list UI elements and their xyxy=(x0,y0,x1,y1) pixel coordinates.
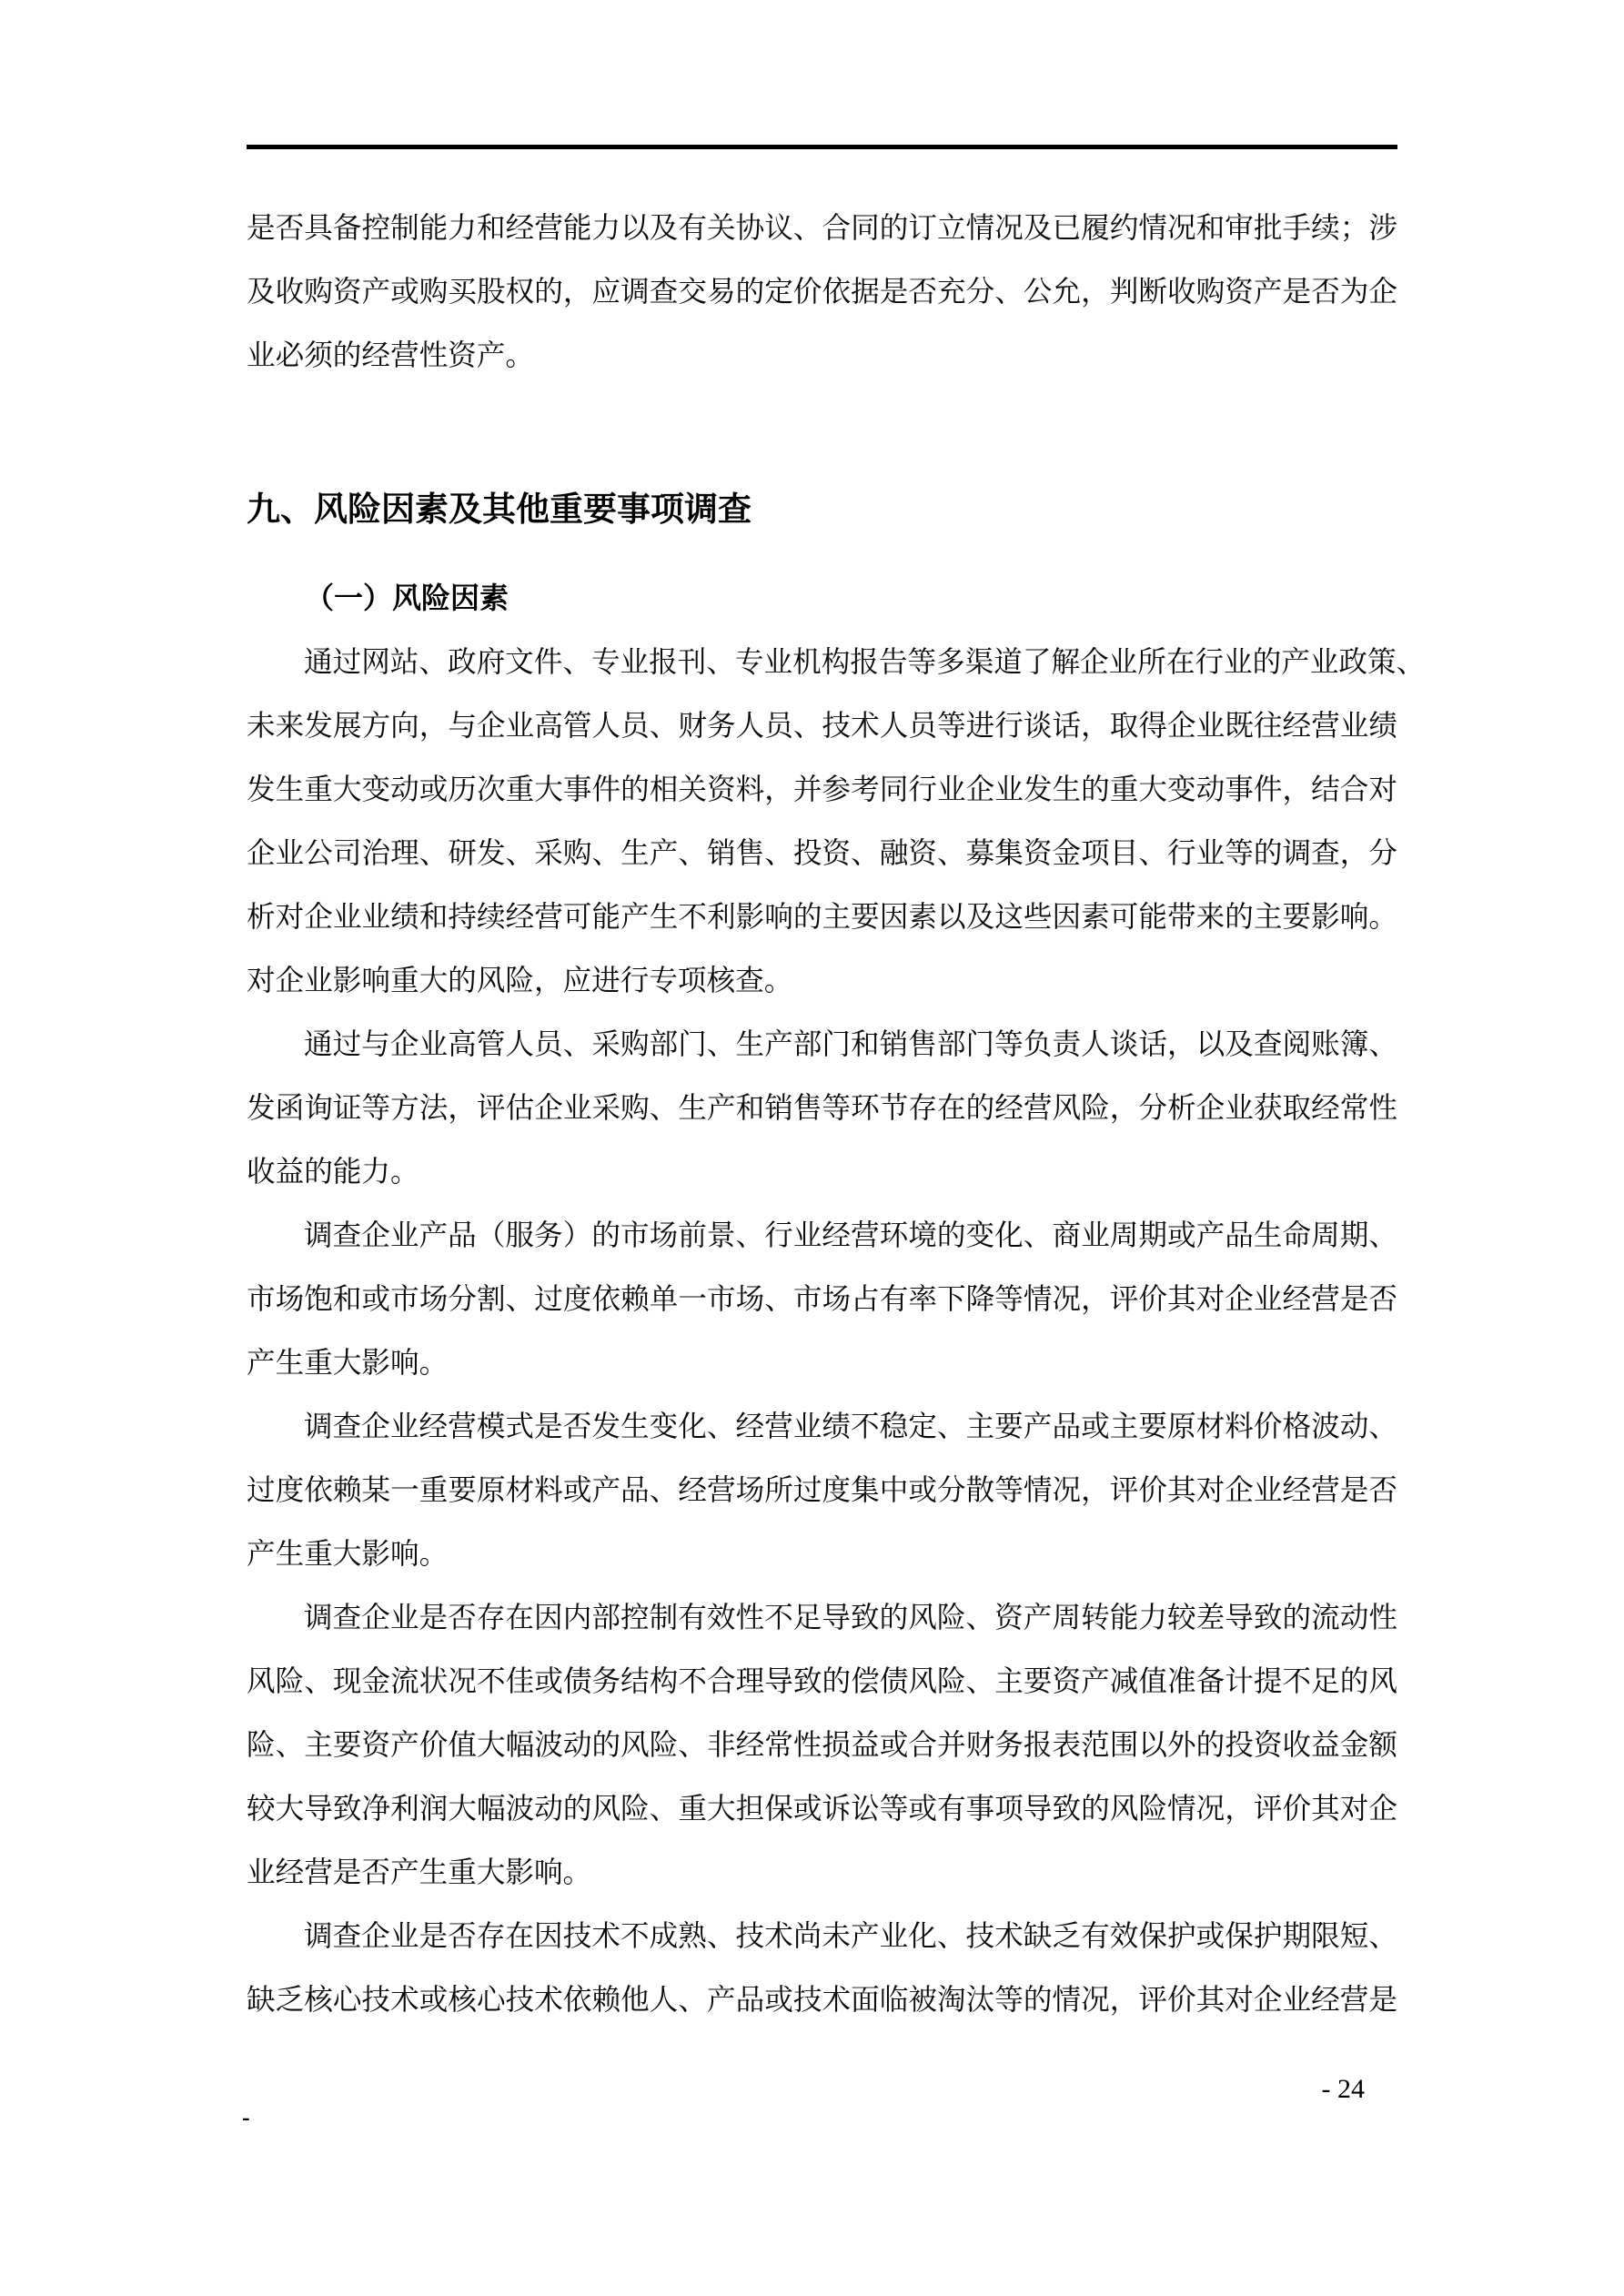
paragraph: 调查企业是否存在因技术不成熟、技术尚未产业化、技术缺乏有效保护或保护期限短、缺乏… xyxy=(247,1905,1397,2032)
text-line: 产生重大影响。 xyxy=(247,1522,1397,1586)
text-line: 调查企业经营模式是否发生变化、经营业绩不稳定、主要产品或主要原材料价格波动、 xyxy=(247,1395,1397,1459)
paragraph: 调查企业是否存在因内部控制有效性不足导致的风险、资产周转能力较差导致的流动性风险… xyxy=(247,1586,1397,1905)
text-line: 市场饱和或市场分割、过度依赖单一市场、市场占有率下降等情况，评价其对企业经营是否 xyxy=(247,1268,1397,1331)
text-line: 过度依赖某一重要原材料或产品、经营场所过度集中或分散等情况，评价其对企业经营是否 xyxy=(247,1459,1397,1522)
paragraph: 通过与企业高管人员、采购部门、生产部门和销售部门等负责人谈话，以及查阅账簿、发函… xyxy=(247,1013,1397,1204)
intro-paragraph: 是否具备控制能力和经营能力以及有关协议、合同的订立情况及已履约情况和审批手续；涉… xyxy=(247,197,1397,388)
text-line: 发生重大变动或历次重大事件的相关资料，并参考同行业企业发生的重大变动事件，结合对 xyxy=(247,758,1397,822)
text-line: 调查企业产品（服务）的市场前景、行业经营环境的变化、商业周期或产品生命周期、 xyxy=(247,1204,1397,1268)
text-line: 是否具备控制能力和经营能力以及有关协议、合同的订立情况及已履约情况和审批手续；涉 xyxy=(247,197,1397,260)
text-line: 发函询证等方法，评估企业采购、生产和销售等环节存在的经营风险，分析企业获取经常性 xyxy=(247,1077,1397,1140)
text-line: 企业公司治理、研发、采购、生产、销售、投资、融资、募集资金项目、行业等的调查，分 xyxy=(247,822,1397,885)
text-line: 对企业影响重大的风险，应进行专项核查。 xyxy=(247,949,1397,1013)
text-line: 及收购资产或购买股权的，应调查交易的定价依据是否充分、公允，判断收购资产是否为企 xyxy=(247,260,1397,324)
text-line: 未来发展方向，与企业高管人员、财务人员、技术人员等进行谈话，取得企业既往经营业绩 xyxy=(247,694,1397,758)
text-line: 通过网站、政府文件、专业报刊、专业机构报告等多渠道了解企业所在行业的产业政策、 xyxy=(247,631,1397,694)
paragraph: 调查企业产品（服务）的市场前景、行业经营环境的变化、商业周期或产品生命周期、市场… xyxy=(247,1204,1397,1395)
header-rule xyxy=(247,145,1397,149)
footer-corner-mark: - xyxy=(242,2106,250,2129)
text-line: 收益的能力。 xyxy=(247,1140,1397,1204)
section-heading: 九、风险因素及其他重要事项调查 xyxy=(247,484,1397,535)
paragraph: 通过网站、政府文件、专业报刊、专业机构报告等多渠道了解企业所在行业的产业政策、未… xyxy=(247,631,1397,1013)
document-page: 是否具备控制能力和经营能力以及有关协议、合同的订立情况及已履约情况和审批手续；涉… xyxy=(0,0,1624,2296)
text-line: 业必须的经营性资产。 xyxy=(247,324,1397,388)
subsection-heading: （一）风险因素 xyxy=(247,577,1456,619)
paragraph: 调查企业经营模式是否发生变化、经营业绩不稳定、主要产品或主要原材料价格波动、过度… xyxy=(247,1395,1397,1586)
text-line: 调查企业是否存在因内部控制有效性不足导致的风险、资产周转能力较差导致的流动性 xyxy=(247,1586,1397,1650)
text-line: 险、主要资产价值大幅波动的风险、非经常性损益或合并财务报表范围以外的投资收益金额 xyxy=(247,1714,1397,1777)
text-line: 析对企业业绩和持续经营可能产生不利影响的主要因素以及这些因素可能带来的主要影响。 xyxy=(247,885,1397,949)
text-line: 业经营是否产生重大影响。 xyxy=(247,1841,1397,1905)
text-line: 风险、现金流状况不佳或债务结构不合理导致的偿债风险、主要资产减值准备计提不足的风 xyxy=(247,1650,1397,1714)
text-line: 缺乏核心技术或核心技术依赖他人、产品或技术面临被淘汰等的情况，评价其对企业经营是 xyxy=(247,1968,1397,2032)
text-line: 通过与企业高管人员、采购部门、生产部门和销售部门等负责人谈话，以及查阅账簿、 xyxy=(247,1013,1397,1077)
body-paragraphs: 通过网站、政府文件、专业报刊、专业机构报告等多渠道了解企业所在行业的产业政策、未… xyxy=(247,631,1397,2032)
footer-page-number: - 24 xyxy=(247,2074,1365,2105)
text-line: 较大导致净利润大幅波动的风险、重大担保或诉讼等或有事项导致的风险情况，评价其对企 xyxy=(247,1777,1397,1841)
text-line: 产生重大影响。 xyxy=(247,1331,1397,1395)
text-line: 调查企业是否存在因技术不成熟、技术尚未产业化、技术缺乏有效保护或保护期限短、 xyxy=(247,1905,1397,1968)
